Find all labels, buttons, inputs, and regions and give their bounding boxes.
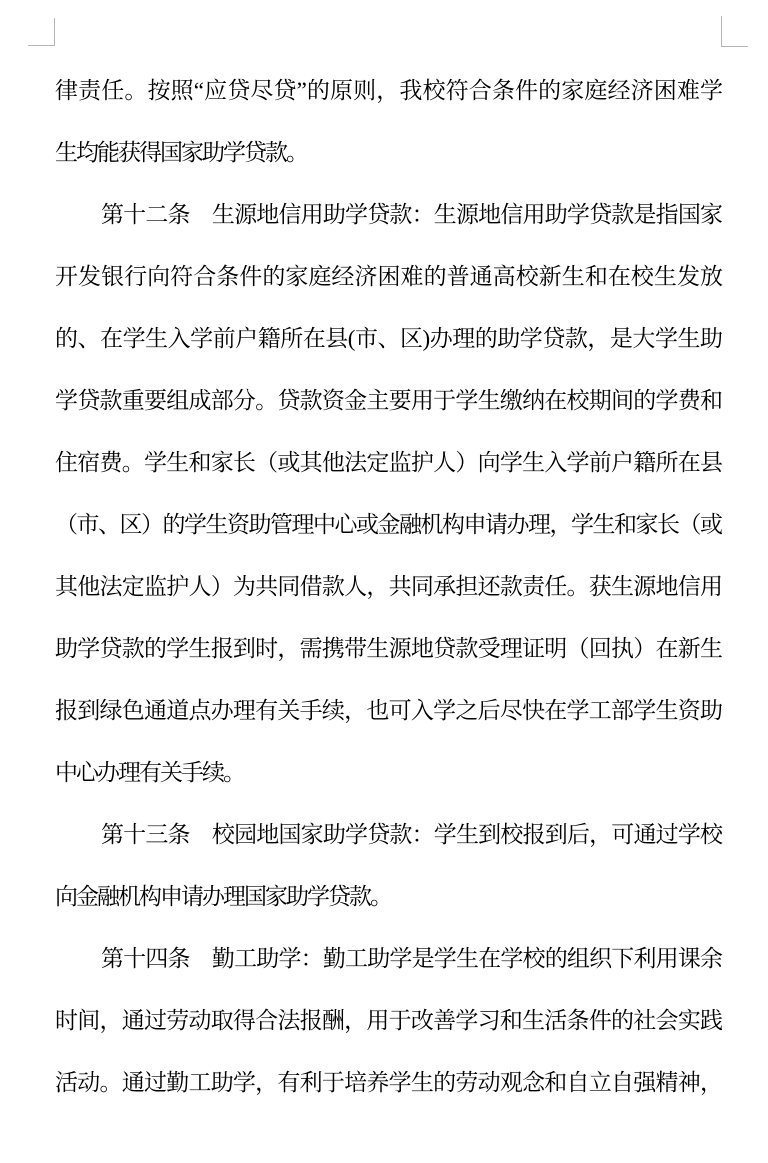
text-line: 其他法定监护人）为共同借款人，共同承担还款责任。获生源地信用 [55,556,721,618]
text-line: 助学贷款的学生报到时，需携带生源地贷款受理证明（回执）在新生 [55,618,721,680]
text-line: 第十二条 生源地信用助学贷款：生源地信用助学贷款是指国家 [55,184,721,246]
text-line: 活动。通过勤工助学，有利于培养学生的劳动观念和自立自强精神， [55,1052,721,1114]
document-body: 律责任。按照“应贷尽贷”的原则，我校符合条件的家庭经济困难学生均能获得国家助学贷… [55,60,721,1114]
text-line: 向金融机构申请办理国家助学贷款。 [55,866,721,928]
text-line: 律责任。按照“应贷尽贷”的原则，我校符合条件的家庭经济困难学 [55,60,721,122]
text-line: 学贷款重要组成部分。贷款资金主要用于学生缴纳在校期间的学费和 [55,370,721,432]
text-line: 生均能获得国家助学贷款。 [55,122,721,184]
text-line: 第十三条 校园地国家助学贷款：学生到校报到后，可通过学校 [55,804,721,866]
page-margin-mark-top-right [721,16,748,47]
text-line: 的、在学生入学前户籍所在县(市、区)办理的助学贷款，是大学生助 [55,308,721,370]
document-page: 律责任。按照“应贷尽贷”的原则，我校符合条件的家庭经济困难学生均能获得国家助学贷… [0,0,768,1163]
text-line: （市、区）的学生资助管理中心或金融机构申请办理，学生和家长（或 [55,494,721,556]
text-line: 中心办理有关手续。 [55,742,721,804]
text-line: 住宿费。学生和家长（或其他法定监护人）向学生入学前户籍所在县 [55,432,721,494]
text-line: 时间，通过劳动取得合法报酬，用于改善学习和生活条件的社会实践 [55,990,721,1052]
page-margin-mark-top-left [28,18,55,46]
text-line: 第十四条 勤工助学：勤工助学是学生在学校的组织下利用课余 [55,928,721,990]
text-line: 开发银行向符合条件的家庭经济困难的普通高校新生和在校生发放 [55,246,721,308]
text-line: 报到绿色通道点办理有关手续，也可入学之后尽快在学工部学生资助 [55,680,721,742]
